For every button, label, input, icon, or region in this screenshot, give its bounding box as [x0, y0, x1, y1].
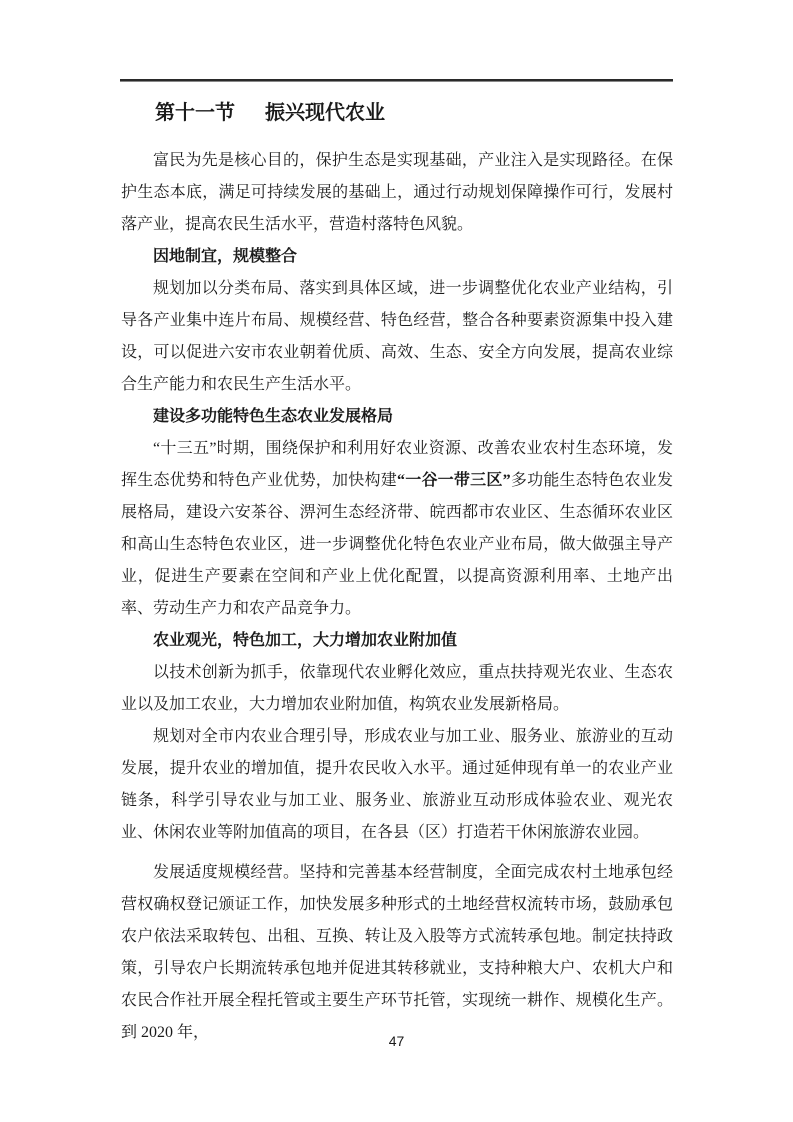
paragraph-segment-bold: “一谷一带三区” [397, 472, 511, 489]
paragraph-tech-innovation: 以技术创新为抓手，依靠现代农业孵化效应，重点扶持观光农业、生态农业以及加工农业，… [121, 657, 673, 721]
subheading-agritourism-value: 农业观光，特色加工，大力增加农业附加值 [121, 625, 673, 657]
paragraph-scale-operation: 发展适度规模经营。坚持和完善基本经营制度，全面完成农村土地承包经营权确权登记颁证… [121, 857, 673, 1049]
header-divider-rule [120, 79, 673, 82]
document-content: 第十一节振兴现代农业 富民为先是核心目的，保护生态是实现基础，产业注入是实现路径… [121, 95, 673, 1049]
document-page: 第十一节振兴现代农业 富民为先是核心目的，保护生态是实现基础，产业注入是实现路径… [0, 0, 793, 1122]
paragraph-industry-interaction: 规划对全市内农业合理引导，形成农业与加工业、服务业、旅游业的互动发展，提升农业的… [121, 721, 673, 849]
section-name-label: 振兴现代农业 [265, 102, 385, 124]
page-number: 47 [0, 1032, 793, 1050]
subheading-eco-agriculture-pattern: 建设多功能特色生态农业发展格局 [121, 401, 673, 433]
paragraph-segment: 多功能生态特色农业发展格局，建设六安茶谷、淠河生态经济带、皖西都市农业区、生态循… [121, 472, 673, 617]
section-title: 第十一节振兴现代农业 [155, 95, 673, 131]
intro-paragraph: 富民为先是核心目的，保护生态是实现基础，产业注入是实现路径。在保护生态本底，满足… [121, 145, 673, 241]
subheading-local-conditions: 因地制宜，规模整合 [121, 241, 673, 273]
paragraph-industry-structure: 规划加以分类布局、落实到具体区域，进一步调整优化农业产业结构，引导各产业集中连片… [121, 273, 673, 401]
paragraph-13th-five-year-plan: “十三五”时期，围绕保护和利用好农业资源、改善农业农村生态环境，发挥生态优势和特… [121, 433, 673, 625]
section-number-label: 第十一节 [155, 102, 235, 124]
